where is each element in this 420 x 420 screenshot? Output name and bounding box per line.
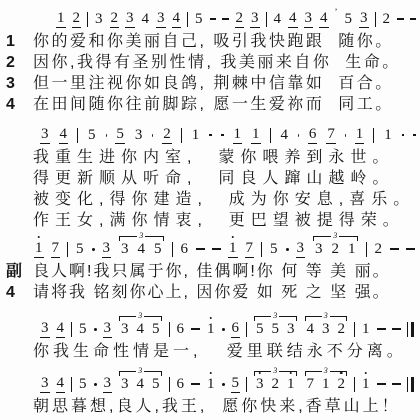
duration-dash — [392, 328, 401, 330]
stanza-refrain: 175333456175333212 副良人啊!我只属于你, 佳偶啊!你 何 等… — [6, 232, 416, 300]
note: 4 — [137, 242, 147, 257]
barline — [169, 377, 170, 392]
note: 3 — [359, 11, 369, 28]
tuplet-number: 3 — [137, 232, 145, 240]
note: 4 — [136, 377, 146, 392]
duration-dash — [191, 328, 200, 330]
duration-dash — [209, 134, 212, 136]
note: 1 — [228, 241, 238, 258]
note: 3 — [103, 321, 113, 338]
final-barline — [407, 377, 414, 392]
note: 2 — [162, 127, 172, 144]
lyric-text: 得更新顺从听命, 同良人蹿山越岭。 — [33, 165, 394, 188]
note: 3 — [296, 241, 306, 258]
note: 3 — [156, 11, 166, 28]
duration-dash — [210, 18, 217, 20]
dotted-rhythm-dot — [94, 383, 97, 386]
tuplet-number: 3 — [136, 312, 144, 320]
note: 3 — [120, 322, 130, 337]
note: 5 — [78, 322, 88, 337]
lyric-text: 请将我 铭刻你心上, 因你爱 如 死 之 坚 强。 — [33, 279, 391, 302]
note: 2 — [331, 242, 341, 257]
notation-line: 34533345615332137121 — [40, 367, 416, 393]
duration-dash — [222, 18, 229, 20]
duration-dash — [221, 134, 224, 136]
lyric-text: 朝思暮想,良人,我王, 愿你快来,香草山上！ — [33, 393, 401, 416]
note: 1 — [206, 322, 216, 337]
note: 6 — [176, 322, 186, 337]
breath-mark: ’ — [335, 8, 338, 17]
tuplet-number: 3 — [331, 232, 339, 240]
note: 1 — [355, 127, 365, 144]
note: 7 — [306, 377, 316, 392]
lyric-row: 3但一里注视你如良鸽, 荆棘中信靠如 百合。 — [6, 70, 416, 91]
line-marker: 2 — [6, 54, 33, 72]
lyrics-group: 朝思暮想,良人,我王, 愿你快来,香草山上！ — [6, 393, 416, 414]
note: 2 — [72, 11, 82, 28]
note: 2 — [271, 377, 281, 392]
lyric-row: 你我生命性情是一, 爱里联结永不分离。 — [6, 338, 416, 359]
note: 5 — [151, 377, 161, 392]
note: 1 — [321, 377, 331, 392]
note: 4 — [59, 127, 69, 144]
duration-dash — [406, 248, 415, 250]
triplet-group: 3345 — [118, 242, 165, 257]
note: 4 — [306, 322, 316, 337]
barline — [67, 242, 68, 257]
duration-dash — [413, 134, 416, 136]
note: 3 — [103, 376, 113, 393]
note: 3 — [304, 11, 314, 28]
barline — [77, 128, 78, 143]
barline — [373, 128, 374, 143]
note: 3 — [255, 377, 265, 392]
note: 1 — [251, 127, 261, 144]
notation-line: 123234345234434’532 — [56, 2, 416, 28]
octave-dot — [365, 372, 368, 375]
note: 6 — [231, 321, 241, 338]
lyric-row: 副良人啊!我只属于你, 佳偶啊!你 何 等 美 丽。 — [6, 258, 416, 279]
line-marker: 4 — [6, 96, 33, 114]
lyric-text: 被变化,得你建造, 成为你安息,喜乐。 — [33, 186, 415, 209]
note: 3 — [94, 12, 104, 27]
note: 4 — [273, 12, 283, 27]
note: 5 — [344, 12, 354, 27]
note: 4 — [319, 11, 329, 28]
triplet-group: 3553 — [253, 322, 298, 337]
dotted-rhythm-dot — [298, 134, 299, 137]
note: 1 — [361, 377, 371, 392]
dotted-rhythm-dot — [94, 328, 97, 331]
note: 5 — [75, 242, 85, 257]
final-barline — [407, 322, 414, 337]
octave-dot — [259, 372, 262, 375]
tuplet-number: 3 — [271, 312, 279, 320]
lyric-row: 得更新顺从听命, 同良人蹿山越岭。 — [6, 165, 416, 186]
octave-dot — [210, 317, 213, 320]
note: 3 — [250, 11, 260, 28]
stanza-verses-second-half: 34553211146711 我重生进你内室, 蒙你喂养到永世。得更新顺从听命,… — [6, 118, 416, 228]
note: 5 — [269, 242, 279, 257]
line-marker: 3 — [6, 75, 33, 93]
tuplet-number: 3 — [136, 367, 144, 375]
dotted-rhythm-dot — [92, 248, 95, 251]
note: 4 — [56, 321, 66, 338]
lyric-text: 在田间随你往前脚踪, 愿一生爱祢而 同工。 — [33, 91, 394, 114]
lyric-row: 作王女,满你情衷, 更巴望被提得荣。 — [6, 207, 416, 228]
note: 3 — [40, 127, 50, 144]
triplet-group: 3321 — [312, 242, 359, 257]
barline — [181, 128, 182, 143]
lyrics-group: 1你的爱和你美丽自己, 吸引我快跑跟 随你。2因你,我得有圣别性情, 我美丽来自… — [6, 28, 416, 112]
duration-dash — [377, 328, 386, 330]
duration-dash — [377, 383, 386, 385]
note: 3 — [286, 322, 296, 337]
note: 1 — [34, 241, 44, 258]
note: 4 — [288, 11, 298, 28]
triplet-group: 3345 — [118, 322, 163, 337]
note: 1 — [383, 128, 393, 143]
note: 3 — [314, 242, 324, 257]
note: 6 — [308, 127, 318, 144]
duration-dash — [196, 248, 205, 250]
note: 5 — [87, 128, 97, 143]
line-marker: 副 — [6, 258, 33, 281]
duration-dash — [402, 134, 405, 136]
lyrics-group: 你我生命性情是一, 爱里联结永不分离。 — [6, 338, 416, 359]
note: 5 — [151, 322, 161, 337]
note: 2 — [382, 12, 392, 27]
stanza-coda: 34533345615332137121 朝思暮想,良人,我王, 愿你快来,香草… — [6, 367, 416, 414]
octave-dot — [210, 372, 213, 375]
note: 6 — [176, 377, 186, 392]
note: 7 — [245, 241, 255, 258]
dotted-rhythm-dot — [106, 134, 107, 137]
note: 5 — [255, 322, 265, 337]
note: 3 — [40, 376, 50, 393]
lyric-text: 你我生命性情是一, 爱里联结永不分离。 — [33, 338, 407, 361]
lyric-row: 朝思暮想,良人,我王, 愿你快来,香草山上！ — [6, 393, 416, 414]
lyric-row: 1你的爱和你美丽自己, 吸引我快跑跟 随你。 — [6, 28, 416, 49]
note: 6 — [180, 242, 190, 257]
dotted-rhythm-dot — [152, 134, 153, 137]
note: 7 — [51, 241, 61, 258]
barline — [71, 377, 72, 392]
tuplet-number: 3 — [322, 367, 330, 375]
triplet-group: 3432 — [304, 322, 349, 337]
tuplet-number: 3 — [271, 367, 279, 375]
octave-dot — [290, 372, 293, 375]
note: 5 — [194, 12, 204, 27]
lyric-row: 我重生进你内室, 蒙你喂养到永世。 — [6, 144, 416, 165]
barline — [246, 322, 247, 337]
note: 5 — [78, 377, 88, 392]
stanza-verses-first-half: 123234345234434’532 1你的爱和你美丽自己, 吸引我快跑跟 随… — [6, 2, 416, 112]
note: 4 — [56, 376, 66, 393]
barline — [354, 377, 355, 392]
lyrics-group: 副良人啊!我只属于你, 佳偶啊!你 何 等 美 丽。4请将我 铭刻你心上, 因你… — [6, 258, 416, 300]
duration-dash — [410, 18, 417, 20]
octave-dot — [232, 236, 235, 239]
note: 3 — [120, 377, 130, 392]
note: 1 — [56, 11, 66, 28]
note: 5 — [153, 242, 163, 257]
note: 2 — [374, 242, 384, 257]
duration-dash — [397, 18, 404, 20]
barline — [187, 12, 188, 27]
lyric-row: 被变化,得你建造, 成为你安息,喜乐。 — [6, 186, 416, 207]
barline — [366, 242, 367, 257]
note: 2 — [337, 322, 347, 337]
note: 1 — [286, 377, 296, 392]
tuplet-number: 3 — [322, 312, 330, 320]
line-marker: 4 — [6, 284, 33, 302]
dotted-rhythm-dot — [286, 248, 289, 251]
line-marker: 1 — [6, 33, 33, 51]
lyric-row: 4请将我 铭刻你心上, 因你爱 如 死 之 坚 强。 — [6, 279, 416, 300]
triplet-group: 3345 — [118, 377, 163, 392]
lyric-text: 你的爱和你美丽自己, 吸引我快跑跟 随你。 — [33, 28, 394, 51]
note: 4 — [136, 322, 146, 337]
note: 3 — [102, 241, 112, 258]
dotted-rhythm-dot — [222, 328, 225, 331]
note: 1 — [361, 322, 371, 337]
octave-dot — [38, 236, 41, 239]
barline — [266, 12, 267, 27]
duration-dash — [390, 248, 399, 250]
duration-dash — [212, 248, 221, 250]
note: 2 — [110, 11, 120, 28]
barline — [261, 242, 262, 257]
note: 3 — [134, 128, 144, 143]
barline — [270, 128, 271, 143]
lyrics-group: 我重生进你内室, 蒙你喂养到永世。得更新顺从听命, 同良人蹿山越岭。被变化,得你… — [6, 144, 416, 228]
stanza-bridge: 34533345616355334321 你我生命性情是一, 爱里联结永不分离。 — [6, 312, 416, 359]
note: 5 — [115, 127, 125, 144]
lyric-text: 良人啊!我只属于你, 佳偶啊!你 何 等 美 丽。 — [33, 258, 391, 281]
barline — [169, 322, 170, 337]
duration-dash — [191, 383, 200, 385]
note: 1 — [347, 242, 357, 257]
dotted-rhythm-dot — [345, 134, 346, 137]
note: 2 — [235, 11, 245, 28]
duration-dash — [392, 383, 401, 385]
lyric-text: 我重生进你内室, 蒙你喂养到永世。 — [33, 144, 394, 167]
barline — [87, 12, 88, 27]
barline — [172, 242, 173, 257]
lyric-text: 作王女,满你情衷, 更巴望被提得荣。 — [33, 207, 405, 230]
lyric-row: 4在田间随你往前脚踪, 愿一生爱祢而 同工。 — [6, 91, 416, 112]
barline — [354, 322, 355, 337]
barline — [71, 322, 72, 337]
notation-line: 175333456175333212 — [34, 232, 416, 258]
note: 2 — [337, 377, 347, 392]
note: 7 — [326, 127, 336, 144]
hymn-page: 123234345234434’532 1你的爱和你美丽自己, 吸引我快跑跟 随… — [0, 0, 420, 420]
triplet-group: 3712 — [304, 377, 349, 392]
octave-dot — [340, 372, 343, 375]
barline — [246, 377, 247, 392]
lyric-text: 但一里注视你如良鸽, 荆棘中信靠如 百合。 — [33, 70, 394, 93]
lyric-text: 因你,我得有圣别性情, 我美丽来自你 生命。 — [33, 49, 401, 72]
note: 3 — [125, 11, 135, 28]
notation-line: 34533345616355334321 — [40, 312, 416, 338]
note: 3 — [40, 321, 50, 338]
note: 1 — [191, 128, 201, 143]
lyric-row: 2因你,我得有圣别性情, 我美丽来自你 生命。 — [6, 49, 416, 70]
note: 4 — [141, 12, 151, 27]
note: 5 — [271, 322, 281, 337]
note: 1 — [233, 127, 243, 144]
note: 3 — [321, 322, 331, 337]
note: 4 — [280, 128, 290, 143]
triplet-group: 3321 — [253, 377, 298, 392]
dotted-rhythm-dot — [222, 383, 225, 386]
notation-line: 34553211146711 — [40, 118, 416, 144]
note: 4 — [172, 11, 182, 28]
barline — [375, 12, 376, 27]
note: 3 — [120, 242, 130, 257]
note: 1 — [206, 377, 216, 392]
note: 5 — [231, 376, 241, 393]
